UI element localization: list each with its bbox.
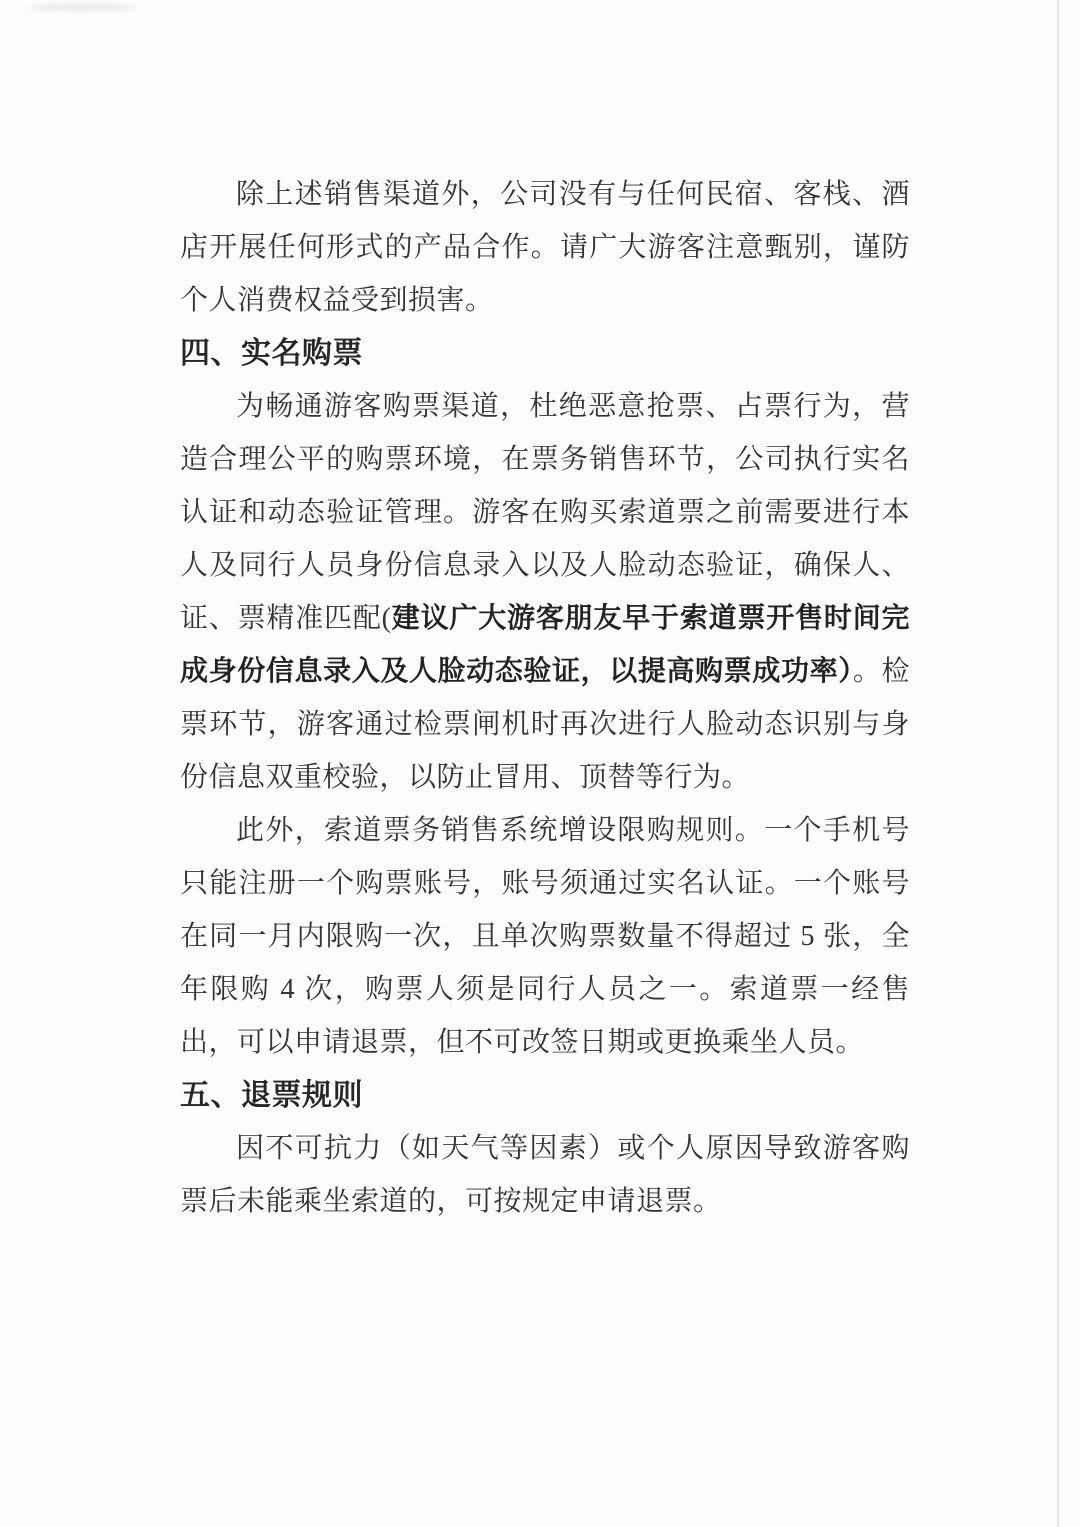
heading-refund-rules: 五、退票规则 [180, 1069, 910, 1122]
scanned-document-page: 除上述销售渠道外，公司没有与任何民宿、客栈、酒店开展任何形式的产品合作。请广大游… [0, 0, 1080, 1527]
refund-policy-text: 因不可抗力（如天气等因素）或个人原因导致游客购票后未能乘坐索道的，可按规定申请退… [180, 1133, 910, 1217]
heading-real-name-ticketing-text: 四、实名购票 [180, 337, 363, 370]
paragraph-sales-disclaimer: 除上述销售渠道外，公司没有与任何民宿、客栈、酒店开展任何形式的产品合作。请广大游… [180, 168, 910, 327]
heading-real-name-ticketing: 四、实名购票 [180, 327, 910, 380]
paragraph-refund-policy: 因不可抗力（如天气等因素）或个人原因导致游客购票后未能乘坐索道的，可按规定申请退… [180, 1122, 910, 1228]
page-edge-line [1057, 0, 1059, 1527]
real-name-policy-text-lead: 为畅通游客购票渠道，杜绝恶意抢票、占票行为，营造合理公平的购票环境，在票务销售环… [180, 391, 910, 634]
purchase-limit-rules-text: 此外，索道票务销售系统增设限购规则。一个手机号只能注册一个购票账号，账号须通过实… [180, 815, 910, 1058]
scan-smudge-artifact [28, 3, 136, 12]
paragraph-purchase-limit-rules: 此外，索道票务销售系统增设限购规则。一个手机号只能注册一个购票账号，账号须通过实… [180, 804, 910, 1069]
document-body: 除上述销售渠道外，公司没有与任何民宿、客栈、酒店开展任何形式的产品合作。请广大游… [180, 168, 910, 1228]
heading-refund-rules-text: 五、退票规则 [180, 1079, 363, 1112]
paragraph-real-name-policy: 为畅通游客购票渠道，杜绝恶意抢票、占票行为，营造合理公平的购票环境，在票务销售环… [180, 380, 910, 804]
paragraph-sales-disclaimer-text: 除上述销售渠道外，公司没有与任何民宿、客栈、酒店开展任何形式的产品合作。请广大游… [180, 179, 910, 316]
